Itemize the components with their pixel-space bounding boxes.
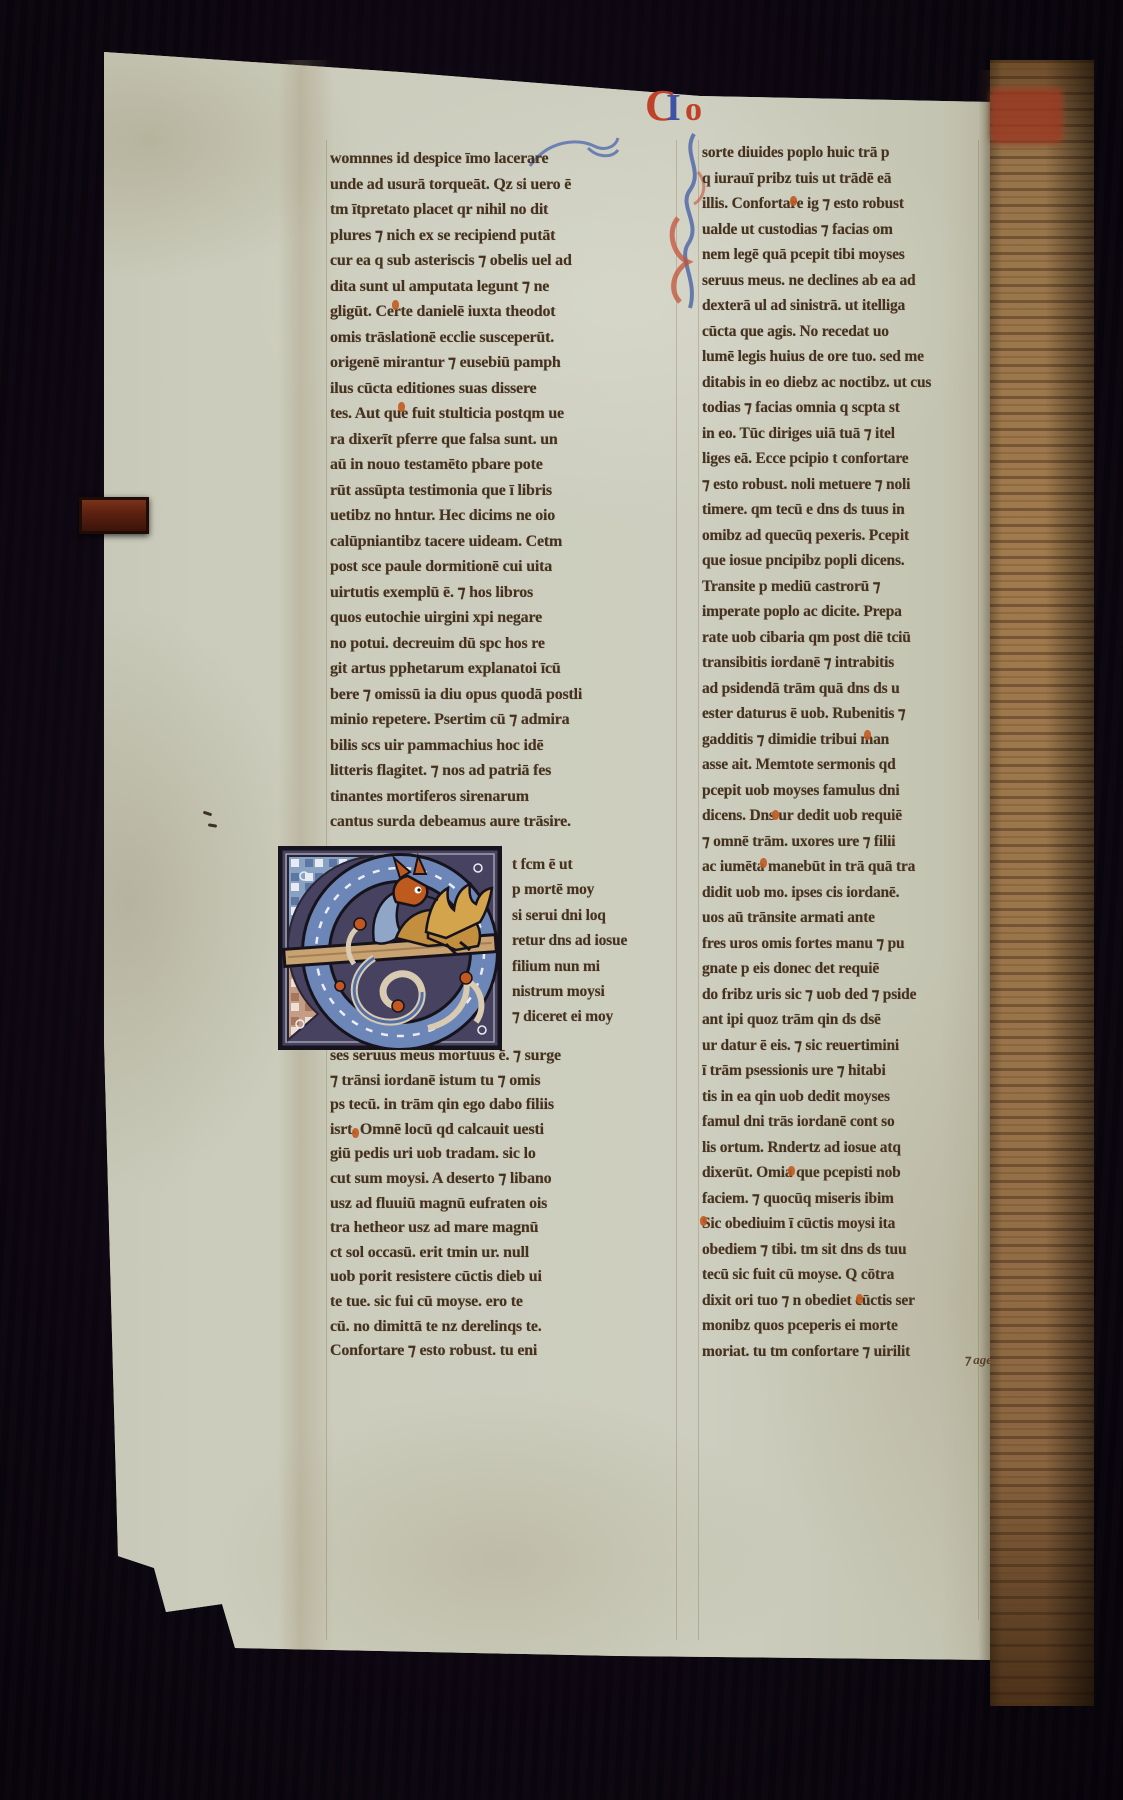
fore-edge-red-stain [990,88,1063,144]
text-line: monibz quos pceperis ei morte [702,1313,980,1339]
rubric-mark [352,1128,359,1138]
text-line: retur dns ad iosue [512,928,676,953]
ruling-line [698,140,699,1640]
text-line: tinantes mortiferos sirenarum [330,784,674,810]
text-line: cūcta que agis. No recedat uo [702,319,980,345]
text-line: nem legē quā pcepit tibi moyses [702,242,980,268]
text-line: fres uros omis fortes manu ⁊ pu [702,931,980,957]
text-line: tm ītpretato placet qr nihil no dit [330,197,674,223]
text-line: ad psidendā trām quā dns ds u [702,676,980,702]
text-line: illis. Confortare ig ⁊ esto robust [702,191,980,217]
text-line: aū in nouo testamēto pbare pote [330,452,674,478]
text-line: dicens. Dns ur dedit uob requiē [702,803,980,829]
text-line: lis ortum. Rndertz ad iosue atq [702,1135,980,1161]
rubric-mark [392,300,399,310]
text-line: asse ait. Memtote sermonis qd [702,752,980,778]
illuminated-initial-E [278,846,502,1050]
text-line: obediem ⁊ tibi. tm sit dns ds tuu [702,1237,980,1263]
text-line: Confortare ⁊ esto robust. tu eni [330,1339,678,1364]
text-line: uob porit resistere cūctis dieb ui [330,1265,678,1290]
text-line: imperate poplo ac dicite. Prepa [702,599,980,625]
text-line: timere. qm tecū e dns ds tuus in [702,497,980,523]
text-line: bilis scs uir pammachius hoc idē [330,733,674,759]
text-line: uos aū trānsite armati ante [702,905,980,931]
text-line: no potui. decreuim dū spc hos re [330,631,674,657]
text-line: q iurauī pribz tuis ut trādē eā [702,166,980,192]
text-line: Transite p mediū castrorū ⁊ [702,574,980,600]
text-line: ps tecū. in trām qin ego dabo filiis [330,1093,678,1118]
text-line: omis trāslationē ecclie susceperūt. [330,325,674,351]
initial-panel [278,846,502,1050]
text-line: giū pedis uri uob tradam. sic lo [330,1142,678,1167]
text-line: tecū sic fuit cū moyse. Q cōtra [702,1262,980,1288]
bookmark-tab [79,497,149,534]
text-line: ilus cūcta editiones suas dissere [330,376,674,402]
rubric-mark [398,402,405,412]
text-line: rūt assūpta testimonia que ī libris [330,478,674,504]
text-line: do fribz uris sic ⁊ uob ded ⁊ pside [702,982,980,1008]
text-line: sorte diuides poplo huic trā p [702,140,980,166]
text-line: pcepit uob moyses famulus dni [702,778,980,804]
text-line: dixerūt. Omia que pcepisti nob [702,1160,980,1186]
text-line: filium nun mi [512,954,676,979]
left-column-below-initial: ses seruus meus mortuus ē. ⁊ surge⁊ trān… [330,1044,678,1364]
ruling-line [676,140,677,1640]
text-line: ant ipi quoz trām qin ds dsē [702,1007,980,1033]
right-column: sorte diuides poplo huic trā pq iurauī p… [702,140,980,1364]
text-line: ester daturus ē uob. Rubenitis ⁊ [702,701,980,727]
text-line: cur ea q sub asteriscis ⁊ obelis uel ad [330,248,674,274]
text-line: faciem. ⁊ quocūq miseris ibim [702,1186,980,1212]
text-line: gligūt. Certe danielē iuxta theodot [330,299,674,325]
text-line: liges eā. Ecce pcipio t confortare [702,446,980,472]
rubric-mark [700,1216,707,1226]
text-line: cantus surda debeamus aure trāsire. [330,809,674,835]
text-line: post sce paule dormitionē cui uita [330,554,674,580]
left-column-beside-initial: t fcm ē utp mortē moysi serui dni loqret… [512,852,676,1030]
text-line: Sic obediuim ī cūctis moysi ita [702,1211,980,1237]
running-title-letter-o: o [685,92,702,128]
text-line: ualde ut custodias ⁊ facias om [702,217,980,243]
text-line: origenē mirantur ⁊ eusebiū pamph [330,350,674,376]
text-line: uetibz no hntur. Hec dicims ne oio [330,503,674,529]
text-line: unde ad usurā torqueāt. Qz si uero ē [330,172,674,198]
text-line: ⁊ omnē trām. uxores ure ⁊ filii [702,829,980,855]
text-line: todias ⁊ facias omnia q scpta st [702,395,980,421]
text-line: git artus pphetarum explanatoi īcū [330,656,674,682]
text-line: nistrum moysi [512,979,676,1004]
text-line: transibitis iordanē ⁊ intrabitis [702,650,980,676]
text-line: gnate p eis donec det requiē [702,956,980,982]
text-line: famul dni trās iordanē cont so [702,1109,980,1135]
text-line: womnnes id despice īmo lacerare [330,146,674,172]
text-line: litteris flagitet. ⁊ nos ad patriā fes [330,758,674,784]
text-line: si serui dni loq [512,903,676,928]
text-line: usz ad fluuiū magnū eufraten ois [330,1192,678,1217]
text-line: ⁊ trānsi iordanē istum tu ⁊ omis [330,1069,678,1094]
text-line: cut sum moysi. A deserto ⁊ libano [330,1167,678,1192]
text-line: dexterā ul ad sinistrā. ut itelliga [702,293,980,319]
text-line: plures ⁊ nich ex se recipiend putāt [330,223,674,249]
text-line: te tue. sic fui cū moyse. ero te [330,1290,678,1315]
text-line: tra hetheor usz ad mare magnū [330,1216,678,1241]
text-line: omibz ad quecūq pexeris. Pcepit [702,523,980,549]
page-edge-shadow [978,70,990,1660]
text-line: gadditis ⁊ dimidie tribui man [702,727,980,753]
text-line: tes. Aut que fuit stulticia postqm ue [330,401,674,427]
rubric-mark [772,810,779,820]
text-line: ditabis in eo diebz ac noctibz. ut cus [702,370,980,396]
running-title-letter-i: I [666,88,681,128]
manuscript-photo: C I o womnnes id despice īmo lacerareund… [0,0,1123,1800]
text-line: ī trām psessionis ure ⁊ hitabi [702,1058,980,1084]
text-line: in eo. Tūc diriges uiā tuā ⁊ itel [702,421,980,447]
text-line: quos eutochie uirgini xpi negare [330,605,674,631]
rubric-mark [788,1166,795,1176]
text-line: p mortē moy [512,877,676,902]
text-line: dita sunt ul amputata legunt ⁊ ne [330,274,674,300]
text-line: didit uob mo. ipses cis iordanē. [702,880,980,906]
text-line: ⁊ diceret ei moy [512,1004,676,1029]
rubric-mark [856,1294,863,1304]
text-line: minio repetere. Psertim cū ⁊ admira [330,707,674,733]
rubric-mark [790,196,797,206]
text-line: tis in ea qin uob dedit moyses [702,1084,980,1110]
text-line: lumē legis huius de ore tuo. sed me [702,344,980,370]
left-column-prologue: womnnes id despice īmo lacerareunde ad u… [330,146,674,835]
text-line: ac iumēta manebūt in trā quā tra [702,854,980,880]
text-line: ur datur ē eis. ⁊ sic reuertimini [702,1033,980,1059]
text-line: rate uob cibaria qm post diē tciū [702,625,980,651]
text-line: uirtutis exemplū ē. ⁊ hos libros [330,580,674,606]
text-line: cū. no dimittā te nz derelinqs te. [330,1315,678,1340]
rubric-mark [760,858,767,868]
text-line: ra dixerīt pferre que falsa sunt. un [330,427,674,453]
fore-edge-page-stack [990,60,1094,1706]
text-line: seruus meus. ne declines ab ea ad [702,268,980,294]
text-line: calūpniantibz tacere uideam. Cetm [330,529,674,555]
text-line: que iosue pncipibz popli dicens. [702,548,980,574]
text-line: dixit ori tuo ⁊ n obediet cūctis ser [702,1288,980,1314]
text-line: ses seruus meus mortuus ē. ⁊ surge [330,1044,678,1069]
text-line: ct sol occasū. erit tmin ur. null [330,1241,678,1266]
text-line: bere ⁊ omissū ia diu opus quodā postli [330,682,674,708]
text-line: isrt. Omnē locū qd calcauit uesti [330,1118,678,1143]
text-line: t fcm ē ut [512,852,676,877]
rubric-mark [864,730,871,740]
text-line: ⁊ esto robust. noli metuere ⁊ noli [702,472,980,498]
